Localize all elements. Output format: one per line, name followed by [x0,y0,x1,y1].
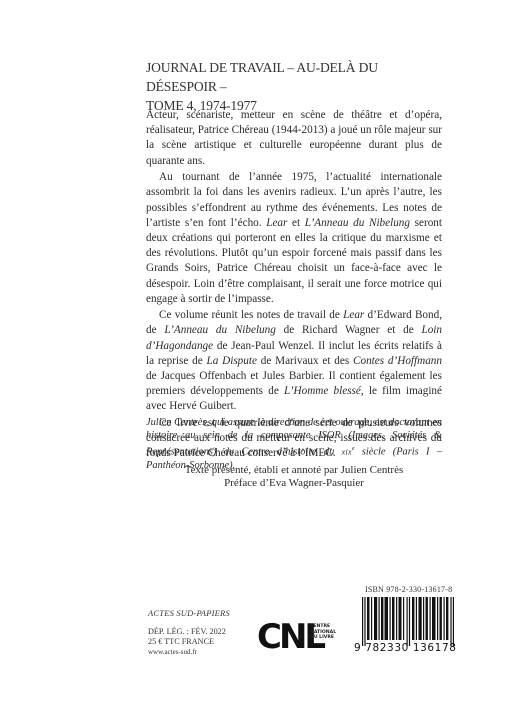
preface-credit: Préface d’Eva Wagner-Pasquier [146,477,442,490]
work-title: Lear [343,309,364,321]
work-title: L’Homme blessé [284,385,361,397]
blurb-paragraph-1: Acteur, scénariste, metteur en scène de … [146,108,442,169]
legal-deposit: DÉP. LÉG. : FÉV. 2022 [148,627,226,637]
blurb-paragraph-2: Au tournant de l’année 1975, l’actualité… [146,170,442,307]
cnl-logo: CNL Centre national du livre [257,618,333,664]
publisher-collection: ACTES SUD-PAPIERS [148,608,230,618]
publisher-website: www.actes-sud.fr [148,647,226,657]
credits: Texte présenté, établi et annoté par Jul… [146,464,442,491]
work-title: Lear [266,217,287,229]
title-line-1: JOURNAL DE TRAVAIL – AU-DELÀ DU DÉSESPOI… [146,58,442,96]
work-title: La Dispute [207,355,257,367]
work-title: L’Anneau du Nibelung [164,324,275,336]
legal-info: DÉP. LÉG. : FÉV. 2022 25 € TTC FRANCE ww… [148,627,226,657]
century-numeral: xix [342,447,352,456]
cnl-logo-subtitle: Centre national du livre [310,624,336,641]
isbn-label: ISBN 978-2-330-13617-8 [365,585,452,594]
work-title: Contes d’Hoffmann [353,355,442,367]
back-cover-blurb: Acteur, scénariste, metteur en scène de … [146,108,442,462]
editor-credit: Texte présenté, établi et annoté par Jul… [146,464,442,477]
book-title: JOURNAL DE TRAVAIL – AU-DELÀ DU DÉSESPOI… [146,58,442,115]
work-title: L’Anneau du Nibelung [305,217,410,229]
barcode-icon [362,597,454,646]
ean-digits: 9 782330 136178 [354,642,457,654]
blurb-paragraph-3: Ce volume réunit les notes de travail de… [146,308,442,414]
price: 25 € TTC FRANCE [148,637,226,647]
